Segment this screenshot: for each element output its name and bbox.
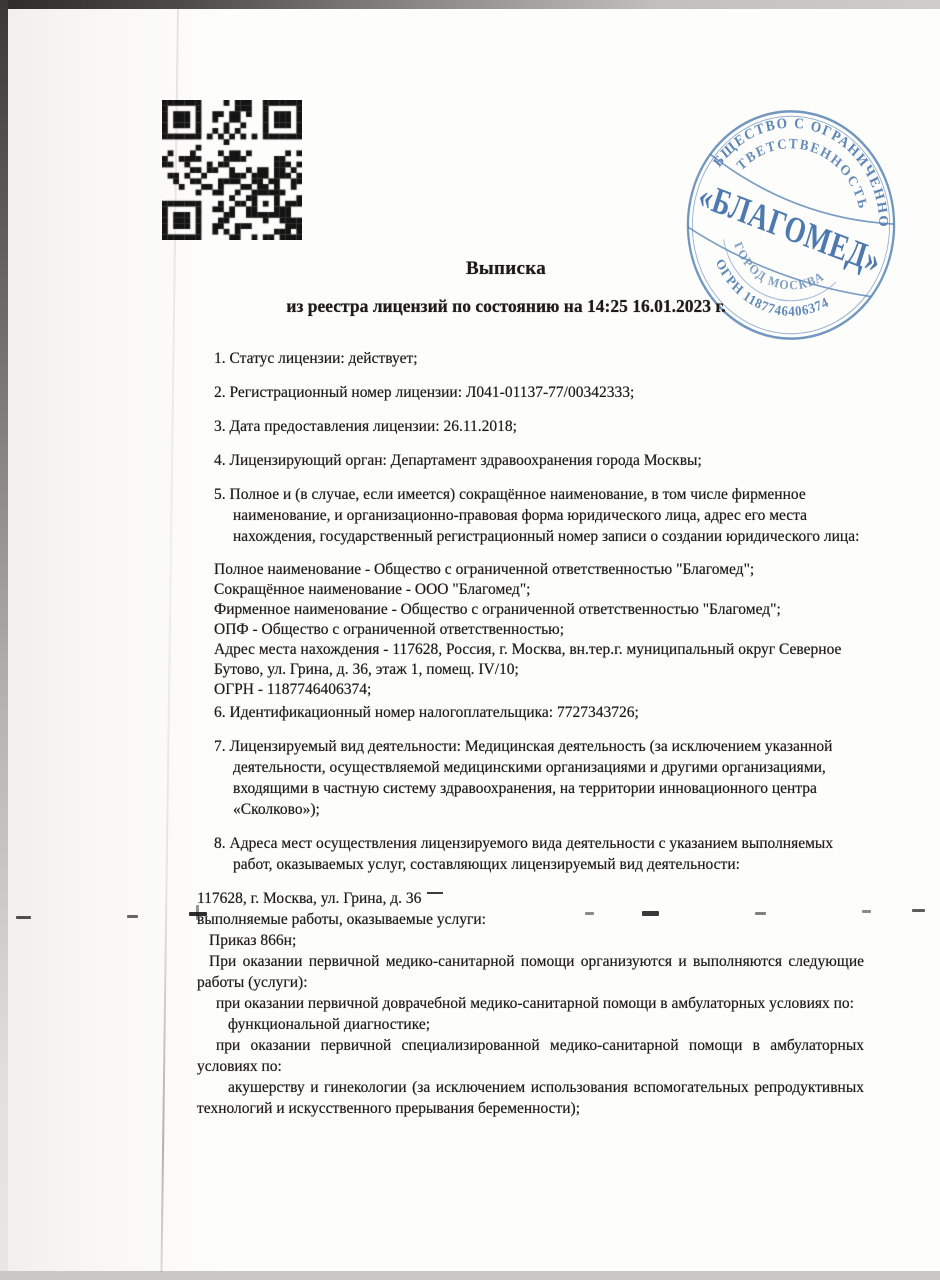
scanned-license-extract-page: ОБЩЕСТВО С ОГРАНИЧЕННОЙ ОТВЕТСТВЕННОСТЬЮ… — [0, 0, 940, 1280]
qr-code — [162, 100, 302, 240]
organization-detail-line: Фирменное наименование - Общество с огра… — [214, 600, 864, 620]
item-number: 8. — [214, 835, 226, 852]
organization-detail-line: Адрес места нахождения - 117628, Россия,… — [214, 640, 864, 680]
numbered-item: 2. Регистрационный номер лицензии: Л041-… — [214, 382, 864, 403]
scan-edge-left — [0, 0, 8, 1280]
works-services-line: выполняемые работы, оказываемые услуги: — [197, 909, 864, 930]
item-text: Лицензирующий орган: Департамент здравоо… — [230, 452, 702, 469]
works-services-line: при оказании первичной специализированно… — [197, 1035, 864, 1077]
organization-detail-line: Сокращённое наименование - ООО "Благомед… — [214, 580, 864, 600]
works-services-line: при оказании первичной доврачебной медик… — [197, 993, 864, 1014]
numbered-items-6-8: 6. Идентификационный номер налогоплатель… — [214, 702, 864, 875]
document-subtitle: из реестра лицензий по состоянию на 14:2… — [198, 296, 814, 317]
scan-mark — [127, 915, 138, 918]
numbered-item: 7. Лицензируемый вид деятельности: Медиц… — [214, 736, 864, 820]
works-services-list: выполняемые работы, оказываемые услуги: … — [197, 909, 864, 1119]
document-title: Выписка — [198, 258, 814, 280]
item-number: 3. — [214, 418, 226, 435]
item-number: 1. — [214, 350, 226, 367]
works-services-line: акушерству и гинекологии (за исключением… — [197, 1077, 864, 1119]
works-services-line: функциональной диагностике; — [197, 1014, 864, 1035]
item-number: 4. — [214, 452, 226, 469]
item-number: 6. — [214, 704, 226, 721]
works-services-line: При оказании первичной медико-санитарной… — [197, 951, 864, 993]
organization-detail-line: ОГРН - 1187746406374; — [214, 680, 864, 700]
section-8-activities: 117628, г. Москва, ул. Грина, д. 36 выпо… — [197, 888, 864, 1119]
numbered-item: 4. Лицензирующий орган: Департамент здра… — [214, 450, 864, 471]
organization-detail-line: Полное наименование - Общество с огранич… — [214, 560, 864, 580]
item-number: 2. — [214, 384, 226, 401]
item-number: 7. — [214, 738, 226, 755]
numbered-items-1-5: 1. Статус лицензии: действует; 2. Регист… — [214, 348, 864, 547]
item-text: Адреса мест осуществления лицензируемого… — [230, 835, 834, 873]
scan-edge-bottom — [0, 1271, 940, 1280]
item-text: Дата предоставления лицензии: 26.11.2018… — [230, 418, 517, 435]
organization-details: Полное наименование - Общество с огранич… — [214, 560, 864, 700]
item-text: Регистрационный номер лицензии: Л041-011… — [230, 384, 635, 401]
works-services-line: Приказ 866н; — [197, 930, 864, 951]
scan-mark — [427, 892, 443, 894]
item-text: Статус лицензии: действует; — [230, 350, 418, 367]
scan-edge-top — [0, 0, 940, 9]
scan-mark — [912, 909, 925, 912]
numbered-item: 8. Адреса мест осуществления лицензируем… — [214, 833, 864, 875]
organization-detail-line: ОПФ - Общество с ограниченной ответствен… — [214, 620, 864, 640]
item-text: Полное и (в случае, если имеется) сокращ… — [230, 486, 860, 545]
scan-mark — [16, 916, 31, 919]
item-text: Лицензируемый вид деятельности: Медицинс… — [230, 738, 833, 818]
activity-address: 117628, г. Москва, ул. Грина, д. 36 — [197, 890, 421, 907]
item-number: 5. — [214, 486, 226, 503]
numbered-item: 1. Статус лицензии: действует; — [214, 348, 864, 369]
numbered-item: 6. Идентификационный номер налогоплатель… — [214, 702, 864, 723]
title-block: Выписка из реестра лицензий по состоянию… — [198, 258, 814, 317]
document-body: 1. Статус лицензии: действует; 2. Регист… — [214, 348, 864, 1119]
numbered-item: 5. Полное и (в случае, если имеется) сок… — [214, 484, 864, 547]
activity-address-line: 117628, г. Москва, ул. Грина, д. 36 — [197, 888, 864, 909]
numbered-item: 3. Дата предоставления лицензии: 26.11.2… — [214, 416, 864, 437]
item-text: Идентификационный номер налогоплательщик… — [230, 704, 639, 721]
